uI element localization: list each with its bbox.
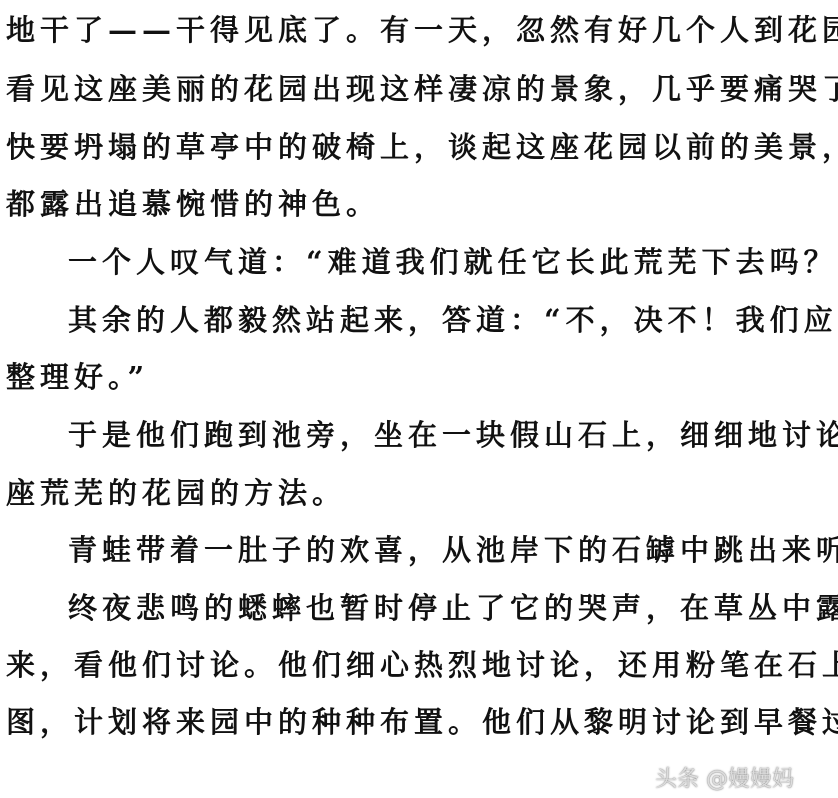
text-line: 看见这座美丽的花园出现这样凄凉的景象，几乎要痛哭了。他们坐在 — [6, 69, 838, 109]
text-line: 来，看他们讨论。他们细心热烈地讨论，还用粉笔在石上画了好多草 — [6, 645, 838, 685]
text-line: 图，计划将来园中的种种布置。他们从黎明讨论到早餐过后，还没有 — [6, 702, 838, 742]
text-line: 地干了——干得见底了。有一天，忽然有好几个人到花园里来。他们 — [6, 10, 838, 50]
text-line: 整理好。” — [6, 357, 149, 397]
watermark: 头条 @嫚嫚妈 — [655, 762, 794, 793]
text-line: 座荒芜的花园的方法。 — [6, 473, 346, 513]
text-line: 其余的人都毅然站起来，答道：“不，决不！我们应该把它努力 — [68, 300, 838, 340]
text-line: 终夜悲鸣的蟋蟀也暂时停止了它的哭声，在草丛中露出半个头 — [68, 588, 838, 628]
text-line: 青蛙带着一肚子的欢喜，从池岸下的石罅中跳出来听。 — [68, 530, 838, 570]
text-line: 快要坍塌的草亭中的破椅上，谈起这座花园以前的美景，每个人脸上 — [6, 127, 838, 167]
text-line: 都露出追慕惋惜的神色。 — [6, 184, 380, 224]
text-line: 于是他们跑到池旁，坐在一块假山石上，细细地讨论怎样改造这 — [68, 415, 838, 455]
text-line: 一个人叹气道：“难道我们就任它长此荒芜下去吗？” — [68, 242, 838, 282]
